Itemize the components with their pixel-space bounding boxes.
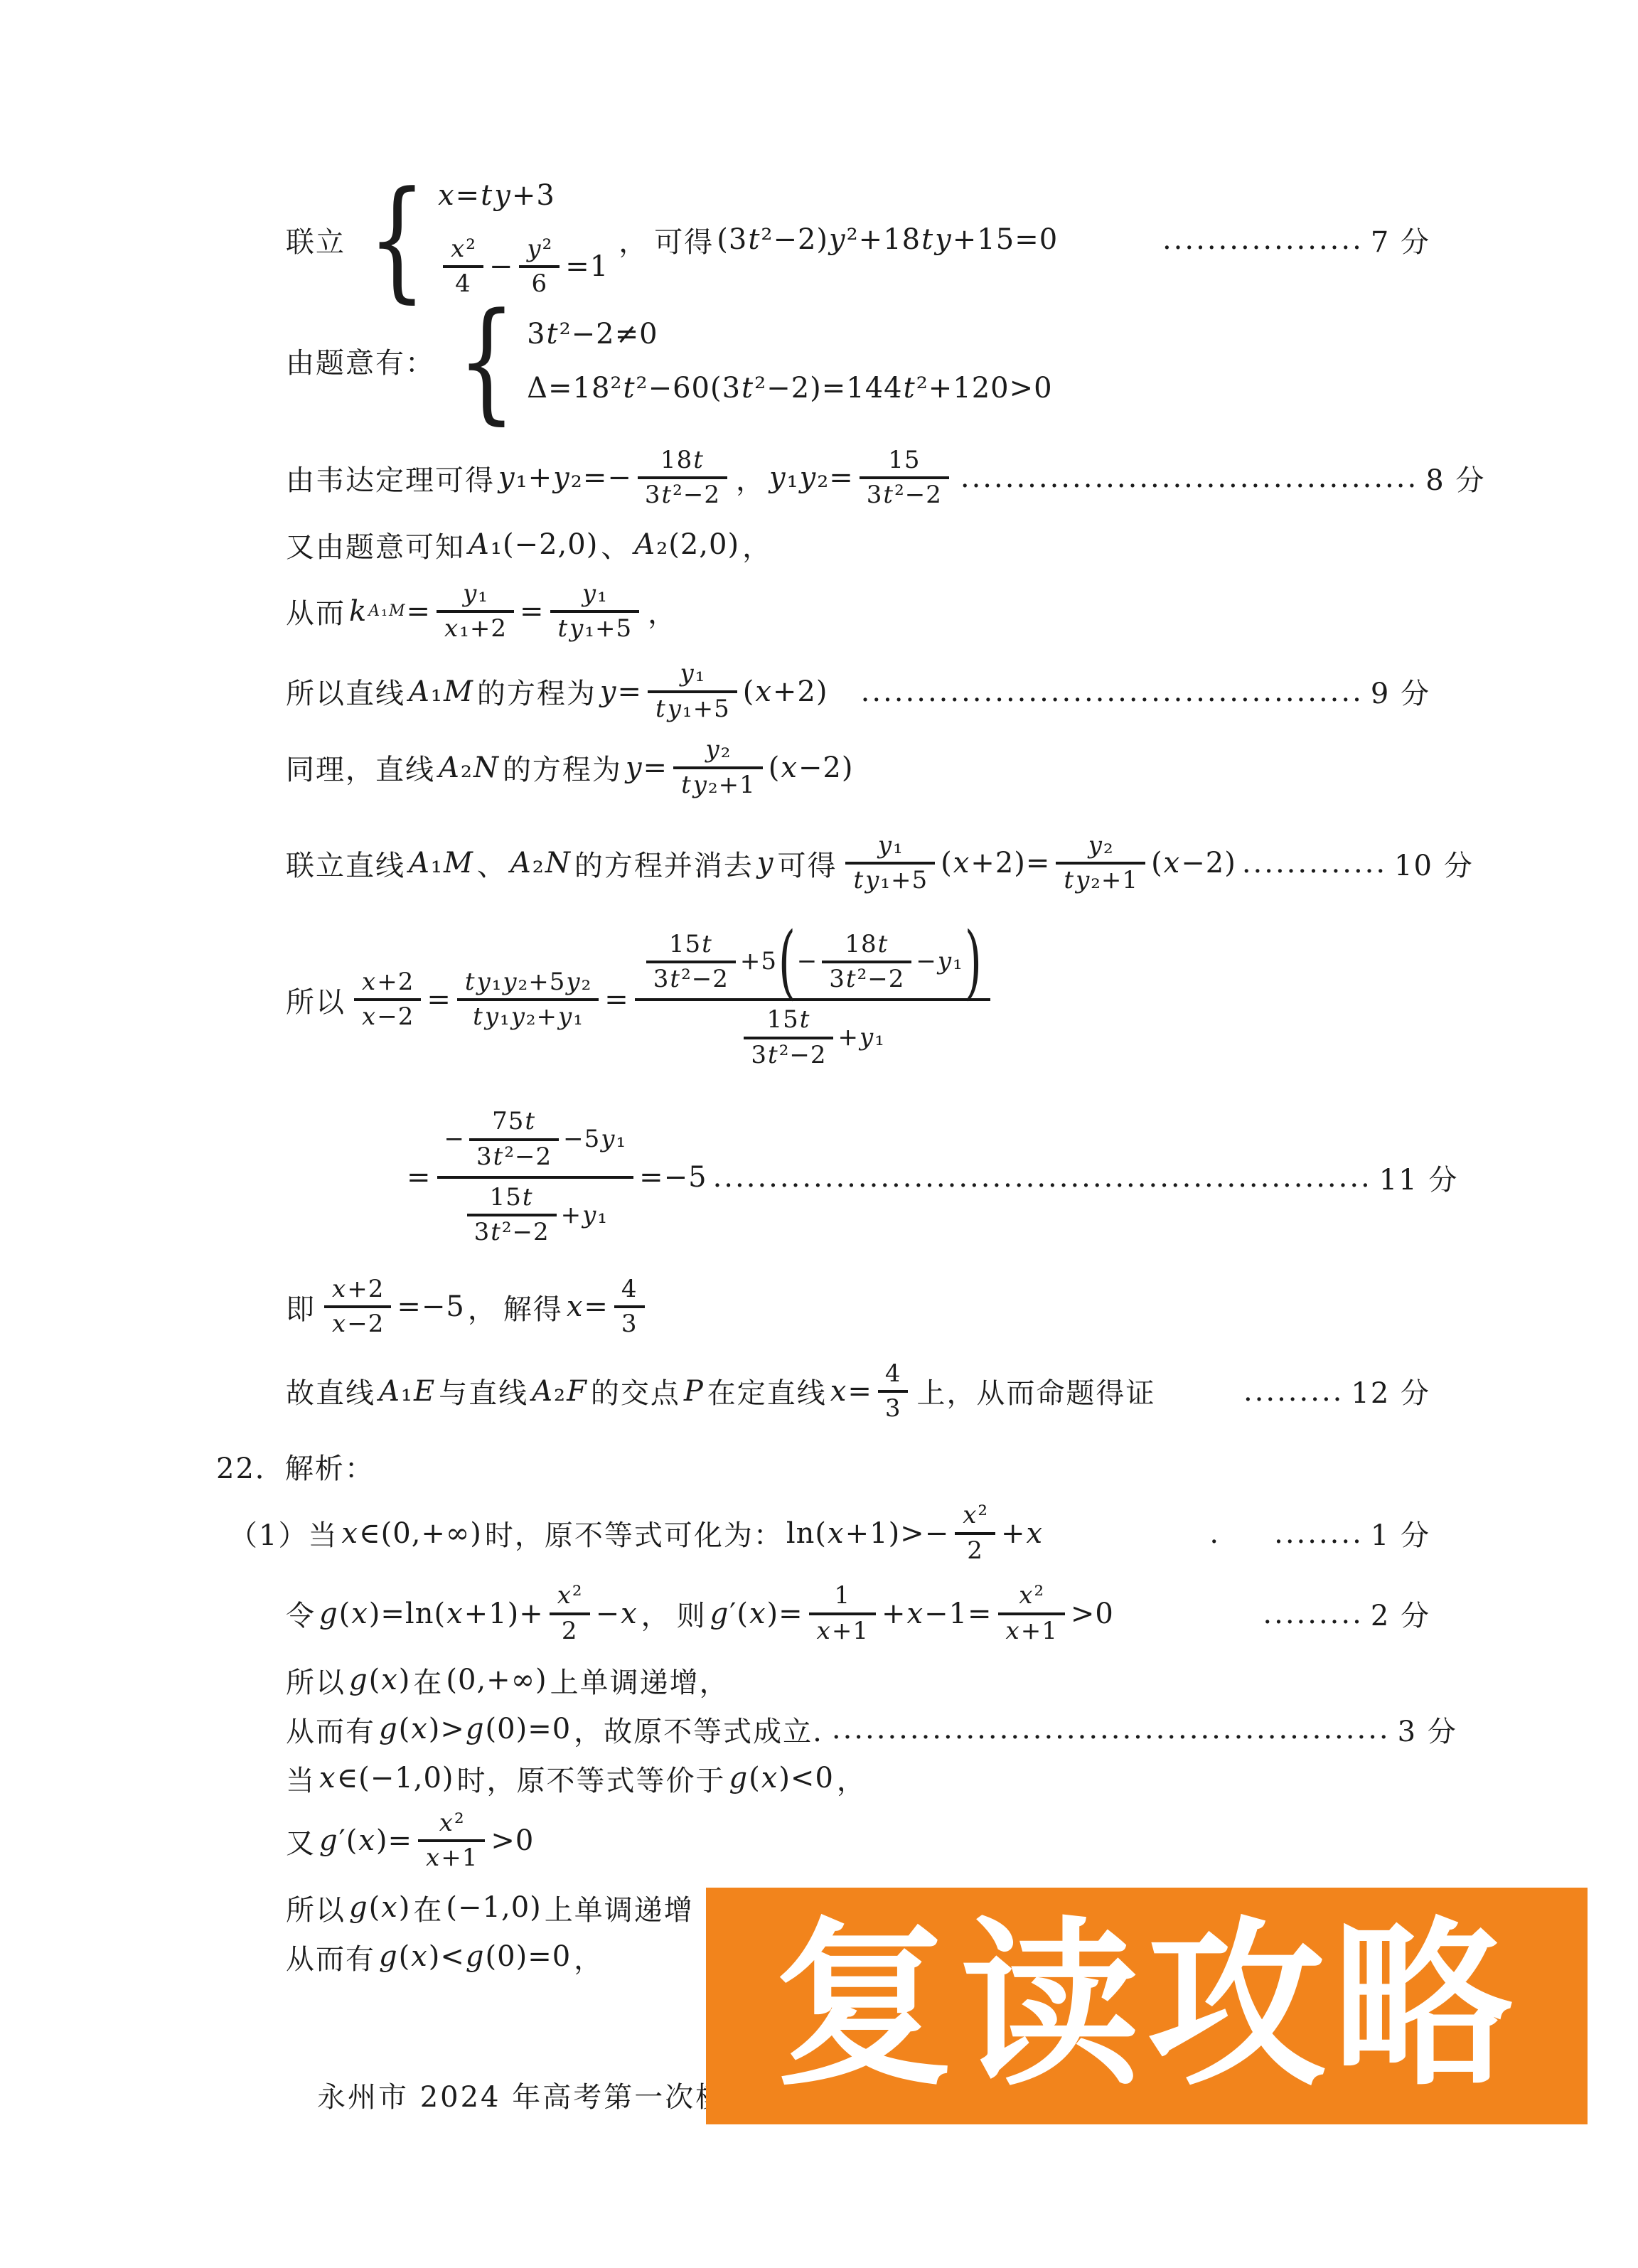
math-run: >0 (491, 1824, 534, 1857)
cn-text: 联立直线 (286, 843, 405, 884)
cn-text: 时，原不等式等价于 (457, 1758, 726, 1799)
cn-text: 所以 (286, 980, 346, 1020)
math-run: ty₁+5 (852, 867, 928, 894)
formula-content: 联立{x=ty+3x²4−y²6=1，可得(3t²−2)y²+18ty+15=0 (283, 179, 1058, 301)
fraction: 75t3t²−2 (469, 1106, 559, 1173)
math-run: x= (566, 1290, 609, 1323)
cn-text: 解得 (503, 1287, 563, 1327)
score-label: 7 分 (1371, 220, 1430, 260)
math-run: k (348, 595, 368, 628)
cn-text: ， (641, 1593, 671, 1634)
cn-text: 从而有 (286, 1937, 375, 1977)
fraction-numerator: y₁ (870, 830, 911, 862)
formula-line: 所以x+2x−2=ty₁y₂+5y₂ty₁y₂+y₁=15t3t²−2+5(−1… (283, 926, 1638, 1075)
formula-line: 所以g(x)在(0,+∞)上单调递增， (283, 1660, 1638, 1701)
fraction-denominator: 3t²−2 (638, 479, 727, 511)
formula-content: 所以g(x)在(−1,0)上单调递增 (283, 1888, 697, 1928)
cases-rows: 3t²−2≠0Δ=18²t²−60(3t²−2)=144t²+120>0 (527, 318, 1053, 405)
score-label: 12 分 (1351, 1371, 1430, 1411)
cn-text: 又 (286, 1821, 316, 1861)
fraction-numerator: x+2 (354, 966, 421, 998)
fraction: 43 (878, 1358, 909, 1425)
math-run: y (756, 847, 775, 879)
fraction: 1x+1 (809, 1580, 876, 1647)
math-run: +x−1= (882, 1598, 992, 1630)
fraction-numerator: 4 (878, 1358, 909, 1390)
math-run: x² (557, 1583, 583, 1609)
math-run: A₁M (408, 675, 474, 708)
math-run: 3t²−2 (751, 1042, 826, 1069)
math-run: +y₁ (837, 1025, 884, 1051)
fraction-denominator: 3t²−2 (469, 1141, 559, 1173)
math-run: (x+2) (743, 675, 828, 708)
fraction: y₂ty₂+1 (673, 734, 763, 801)
score-label: 1 分 (1371, 1513, 1430, 1553)
fraction-numerator: 18t (653, 444, 712, 476)
math-run: (x−2) (769, 751, 854, 784)
cn-text: ， (742, 525, 772, 565)
math-run: = (407, 1161, 432, 1194)
math-run: 3t²−2 (645, 482, 720, 508)
math-run: = (604, 983, 629, 1016)
math-run: −y₁ (916, 948, 963, 975)
dot-leader: ........................................… (861, 675, 1364, 708)
fraction-numerator: 75t (485, 1106, 543, 1138)
fraction-denominator: 6 (525, 268, 555, 300)
math-run: 3 (621, 1311, 638, 1337)
math-run: g(x) (348, 1664, 410, 1696)
cn-text: ， (468, 1287, 498, 1327)
formula-content: 22．解析： (213, 1446, 378, 1487)
fraction-numerator: y₁ (574, 578, 615, 610)
fraction-denominator: 15t3t²−2+y₁ (732, 1001, 892, 1074)
math-run: = (427, 983, 451, 1016)
math-run: x+1 (425, 1845, 478, 1871)
math-run: g(x)=ln(x+1)+ (318, 1598, 544, 1630)
math-run: 3t²−2 (653, 966, 729, 993)
math-run: ty₁+5 (655, 696, 730, 722)
math-run: 3t²−2 (829, 966, 904, 993)
dot-leader: ............. (1242, 847, 1387, 879)
cases-row: x=ty+3 (437, 179, 555, 212)
fraction-numerator: 15t3t²−2+5(−18t3t²−2−y₁) (635, 926, 990, 999)
fraction-denominator: x+1 (998, 1615, 1065, 1647)
fraction: −75t3t²−2−5y₁15t3t²−2+y₁ (437, 1103, 634, 1252)
fraction: x²2 (955, 1499, 995, 1567)
cn-text: 所以直线 (286, 671, 405, 712)
fraction-numerator: 15t (662, 929, 720, 961)
formula-content: 故直线A₁E与直线A₂F的交点P在定直线x=43上，从而命题得证 (283, 1358, 1158, 1425)
math-run: =−5 (397, 1290, 464, 1323)
fraction: y₁x₁+2 (437, 578, 514, 646)
math-run: x=ty+3 (437, 179, 555, 212)
dot-leader: ......... (1263, 1598, 1363, 1630)
math-run: g(x)>g(0)=0 (378, 1713, 571, 1745)
fraction-denominator: 2 (555, 1615, 585, 1647)
math-run: = (520, 595, 545, 628)
formula-content: 当x∈(−1,0)时，原不等式等价于g(x)<0， (283, 1758, 869, 1799)
math-run: +x (1001, 1517, 1044, 1550)
fraction-denominator: 3t²−2 (467, 1216, 557, 1248)
math-run: P (683, 1375, 705, 1408)
math-run: 4 (885, 1361, 901, 1387)
math-run: x−2 (361, 1004, 414, 1030)
fraction-denominator: ty₁y₂+y₁ (465, 1001, 591, 1033)
cases-group: {3t²−2≠0Δ=18²t²−60(3t²−2)=144t²+120>0 (445, 318, 1053, 405)
fraction-denominator: 15t3t²−2+y₁ (456, 1179, 615, 1252)
fraction-numerator: 4 (614, 1273, 645, 1305)
math-run: 15t (490, 1184, 534, 1211)
fraction-numerator: 15 (881, 444, 927, 476)
math-run: − (489, 250, 514, 283)
cn-text: 可得 (777, 843, 837, 884)
math-run: −x (596, 1598, 638, 1630)
fraction-numerator: x² (1011, 1580, 1051, 1612)
formula-content: 从而kA₁M=y₁x₁+2=y₁ty₁+5， (283, 578, 680, 646)
fraction: y₁ty₁+5 (550, 578, 640, 646)
pre-dot: . (1209, 1517, 1219, 1550)
fraction-denominator: ty₁+5 (648, 693, 737, 725)
math-run: − (797, 948, 818, 975)
cn-text: 时，原不等式可化为： (485, 1513, 783, 1553)
math-run: −5y₁ (563, 1126, 626, 1152)
watermark-text: 复读攻略 (774, 1917, 1519, 2096)
fraction-denominator: ty₁+5 (550, 613, 640, 645)
score-label: 11 分 (1379, 1157, 1459, 1198)
math-run: y₁+y₂=− (498, 461, 632, 494)
cn-text: 由韦达定理可得 (286, 458, 495, 498)
formula-content: 所以g(x)在(0,+∞)上单调递增， (283, 1660, 732, 1701)
math-run: 3 (885, 1396, 901, 1422)
fraction-denominator: x₁+2 (437, 613, 514, 645)
math-run: 1 (834, 1583, 850, 1609)
fraction-denominator: 3t²−2 (860, 479, 949, 511)
math-run: x₁+2 (444, 616, 507, 642)
dot-leader: ........................................… (960, 461, 1418, 494)
math-run: >0 (1071, 1598, 1114, 1630)
dot-leader: ......... (1243, 1375, 1344, 1408)
cn-text: 与直线 (439, 1371, 528, 1411)
fraction-denominator: x−2 (324, 1308, 391, 1340)
cn-text: ， (574, 1937, 604, 1977)
math-run: x+1 (816, 1618, 869, 1644)
formula-line: 联立直线A₁M、A₂N的方程并消去y可得y₁ty₁+5(x+2)=y₂ty₂+1… (283, 830, 1638, 897)
cn-text: 故直线 (286, 1371, 375, 1411)
fraction-denominator: 2 (960, 1535, 990, 1567)
math-run: A₁M (368, 602, 406, 620)
watermark-overlay: 复读攻略 (706, 1888, 1588, 2124)
dot-leader: ........................................… (832, 1713, 1391, 1745)
math-run: y₁y₂= (769, 461, 854, 494)
math-run: ln(x+1)>− (786, 1517, 949, 1550)
cn-text: 从而有 (286, 1709, 375, 1750)
math-run: x² (962, 1502, 988, 1529)
fraction: ty₁y₂+5y₂ty₁y₂+y₁ (457, 966, 599, 1034)
math-run: x∈(0,+∞) (341, 1517, 481, 1550)
formula-line: 所以直线A₁M的方程为y=y₁ty₁+5(x+2)...............… (283, 658, 1638, 725)
math-run: A₂F (531, 1375, 588, 1408)
math-run: (x−2) (1151, 847, 1236, 879)
cn-text: 可得 (654, 220, 714, 260)
cn-text: 当 (286, 1758, 316, 1799)
document-page: 联立{x=ty+3x²4−y²6=1，可得(3t²−2)y²+18ty+15=0… (0, 0, 1638, 2268)
score-label: 9 分 (1371, 671, 1430, 712)
fraction-denominator: ty₂+1 (673, 769, 763, 801)
math-run: x² (439, 1810, 465, 1836)
cn-text: 则 (677, 1593, 707, 1634)
cn-text: 令 (286, 1593, 316, 1634)
formula-line: 联立{x=ty+3x²4−y²6=1，可得(3t²−2)y²+18ty+15=0… (283, 179, 1638, 301)
formula-content: =−75t3t²−2−5y₁15t3t²−2+y₁=−5 (407, 1103, 707, 1252)
math-run: − (444, 1126, 466, 1152)
cn-text: 22．解析： (216, 1446, 375, 1487)
cn-text: 在 (413, 1660, 443, 1701)
fraction-denominator: 3t²−2 (646, 963, 736, 995)
math-run: +y₁ (561, 1202, 608, 1229)
formula-content: 又g′(x)=x²x+1>0 (283, 1807, 534, 1875)
math-run: =1 (565, 250, 609, 283)
score-label: 8 分 (1425, 458, 1485, 498)
fraction-numerator: x+2 (324, 1273, 391, 1305)
math-run: g(x)<0 (729, 1762, 834, 1794)
formula-line: 从而kA₁M=y₁x₁+2=y₁ty₁+5， (283, 578, 1638, 646)
fraction-numerator: x² (443, 233, 483, 265)
cases-group: {x=ty+3x²4−y²6=1 (355, 179, 609, 301)
math-run: y₁ (582, 581, 608, 607)
cn-text: 所以 (286, 1888, 346, 1928)
formula-content: 即x+2x−2=−5，解得x=43 (283, 1273, 651, 1341)
math-run: A₂(2,0) (633, 528, 739, 561)
cn-text: 的方程并消去 (574, 843, 754, 884)
math-run: 2 (562, 1618, 578, 1644)
math-run: 18t (845, 931, 889, 958)
math-run: g(x) (348, 1891, 410, 1924)
formula-content: 由韦达定理可得y₁+y₂=−18t3t²−2，y₁y₂=153t²−2 (283, 444, 955, 512)
math-run: 3t²−2≠0 (527, 318, 658, 351)
math-run: A₁M (408, 847, 474, 879)
math-run: ty₁+5 (557, 616, 633, 642)
cn-text: （1）当 (229, 1513, 338, 1553)
math-run: x+2 (331, 1276, 384, 1303)
fraction-numerator: −75t3t²−2−5y₁ (437, 1103, 634, 1176)
formula-content: 从而有g(x)>g(0)=0，故原不等式成立. (283, 1709, 826, 1750)
math-run: 15t (766, 1007, 810, 1033)
fraction: x²x+1 (418, 1807, 485, 1875)
cases-rows: x=ty+3x²4−y²6=1 (437, 179, 609, 301)
math-run: 15 (888, 447, 920, 474)
formula-content: 同理，直线A₂N的方程为y=y₂ty₂+1(x−2) (283, 734, 853, 801)
formula-content: 联立直线A₁M、A₂N的方程并消去y可得y₁ty₁+5(x+2)=y₂ty₂+1… (283, 830, 1236, 897)
fraction-numerator: y² (519, 233, 560, 265)
math-run: ty₂+1 (680, 772, 756, 798)
fraction-numerator: x² (432, 1807, 472, 1839)
formula-line: 故直线A₁E与直线A₂F的交点P在定直线x=43上，从而命题得证........… (283, 1358, 1638, 1425)
formula-line: 即x+2x−2=−5，解得x=43 (283, 1273, 1638, 1341)
math-run: 15t (669, 931, 713, 958)
math-run: 2 (967, 1538, 983, 1564)
fraction-numerator: x² (550, 1580, 590, 1612)
cn-text: ， (736, 458, 766, 498)
math-run: Δ=18²t²−60(3t²−2)=144t²+120>0 (527, 372, 1053, 405)
math-run: (x+2)= (941, 847, 1050, 879)
math-run: y₂ (1088, 833, 1114, 859)
fraction: y₂ty₂+1 (1056, 830, 1145, 897)
math-run: g(x)<g(0)=0 (378, 1940, 571, 1973)
formula-content: （1）当x∈(0,+∞)时，原不等式可化为：ln(x+1)>−x²2+x (226, 1499, 1044, 1567)
math-run: 4 (621, 1276, 638, 1303)
fraction-numerator: y₂ (1081, 830, 1121, 862)
fraction-denominator: ty₁+5 (845, 865, 935, 897)
cn-text: 同理，直线 (286, 747, 435, 788)
cn-text: ，故原不等式成立. (574, 1709, 823, 1750)
math-run: x² (1018, 1583, 1044, 1609)
formula-line: 又由题意可知A₁(−2,0)、A₂(2,0)， (283, 525, 1638, 565)
fraction-denominator: x+1 (809, 1615, 876, 1647)
fraction-numerator: x² (955, 1499, 995, 1531)
math-run: 6 (532, 271, 548, 297)
cn-text: 、 (477, 843, 507, 884)
cn-text: 上，从而命题得证 (916, 1371, 1155, 1411)
math-run: (0,+∞) (446, 1664, 547, 1696)
cn-text: 又由题意可知 (286, 525, 465, 565)
cn-text: ， (837, 1758, 867, 1799)
math-run: =−5 (639, 1161, 707, 1194)
dot-leader: .................. (1162, 223, 1364, 256)
math-run: A₁E (378, 1375, 436, 1408)
formula-line: 由题意有：{3t²−2≠0Δ=18²t²−60(3t²−2)=144t²+120… (283, 318, 1638, 405)
formula-line: 由韦达定理可得y₁+y₂=−18t3t²−2，y₁y₂=153t²−2.....… (283, 444, 1638, 512)
fraction-numerator: y₂ (697, 734, 738, 766)
solution-lines: 联立{x=ty+3x²4−y²6=1，可得(3t²−2)y²+18ty+15=0… (0, 179, 1638, 1977)
math-run: 18t (660, 447, 705, 474)
fraction-numerator: 18t (837, 929, 896, 961)
fraction: 18t3t²−2 (638, 444, 727, 512)
math-run: ty₂+1 (1063, 867, 1138, 894)
fraction-denominator: x−2 (354, 1001, 421, 1033)
math-run: ty₁y₂+y₁ (472, 1004, 584, 1030)
fraction-denominator: 3t²−2 (744, 1039, 833, 1071)
score-label: 3 分 (1398, 1709, 1457, 1750)
math-run: y² (526, 236, 552, 262)
cn-text: 的方程为 (503, 747, 622, 788)
math-run: x−2 (331, 1311, 384, 1337)
fraction-numerator: 1 (827, 1580, 857, 1612)
math-run: A₂N (438, 751, 500, 784)
fraction: 15t3t²−2 (467, 1182, 557, 1249)
formula-line: 从而有g(x)>g(0)=0，故原不等式成立..................… (283, 1709, 1638, 1750)
cn-text: 上单调递增， (550, 1660, 729, 1701)
cases-row: 3t²−2≠0 (527, 318, 658, 351)
formula-content: 所以直线A₁M的方程为y=y₁ty₁+5(x+2) (283, 658, 828, 725)
fraction: x²x+1 (998, 1580, 1065, 1647)
dot-leader: ........................................… (713, 1161, 1372, 1194)
cn-text: 上单调递增 (545, 1888, 694, 1928)
fraction-numerator: y₁ (672, 658, 712, 690)
math-run: A₁(−2,0) (468, 528, 598, 561)
cn-text: 的交点 (591, 1371, 680, 1411)
fraction: x+2x−2 (324, 1273, 391, 1341)
cn-text: 在 (413, 1888, 443, 1928)
formula-line: 又g′(x)=x²x+1>0 (283, 1807, 1638, 1875)
fraction-numerator: y₁ (455, 578, 496, 610)
cn-text: ， (648, 591, 678, 631)
cn-text: ， (619, 220, 648, 260)
fraction: y₁ty₁+5 (648, 658, 737, 725)
math-run: (3t²−2)y²+18ty+15=0 (717, 223, 1058, 256)
formula-line: 同理，直线A₂N的方程为y=y₂ty₂+1(x−2) (283, 734, 1638, 801)
math-run: y= (625, 751, 668, 784)
math-run: y₂ (705, 737, 731, 763)
cn-text: 即 (286, 1287, 316, 1327)
formula-line: =−75t3t²−2−5y₁15t3t²−2+y₁=−5............… (407, 1103, 1638, 1252)
fraction: 15t3t²−2 (646, 929, 736, 996)
fraction: y²6 (519, 233, 560, 301)
formula-content: 又由题意可知A₁(−2,0)、A₂(2,0)， (283, 525, 775, 565)
fraction-numerator: 15t (759, 1004, 818, 1036)
math-run: g′(x)= (318, 1824, 412, 1857)
math-run: 3t²−2 (476, 1144, 552, 1170)
cn-text: 在定直线 (707, 1371, 827, 1411)
cn-text: 联立 (286, 220, 346, 260)
fraction-denominator: 3 (878, 1393, 909, 1425)
math-run: x+1 (1005, 1618, 1058, 1644)
formula-line: 22．解析： (213, 1446, 1638, 1487)
math-run: x² (450, 236, 476, 262)
math-run: 75t (492, 1108, 536, 1135)
fraction: x²2 (550, 1580, 590, 1647)
math-run: 3t²−2 (474, 1219, 550, 1246)
math-run: y₁ (877, 833, 904, 859)
math-run: y= (599, 675, 642, 708)
math-run: +5 (740, 948, 777, 975)
formula-line: （1）当x∈(0,+∞)时，原不等式可化为：ln(x+1)>−x²2+x....… (226, 1499, 1638, 1567)
formula-line: 当x∈(−1,0)时，原不等式等价于g(x)<0， (283, 1758, 1638, 1799)
fraction-denominator: ty₂+1 (1056, 865, 1145, 897)
score-label: 2 分 (1371, 1593, 1430, 1634)
fraction: 43 (614, 1273, 645, 1341)
math-run: x+2 (361, 969, 414, 995)
math-run: x∈(−1,0) (318, 1762, 454, 1794)
cn-text: 从而 (286, 591, 346, 631)
math-run: A₂N (510, 847, 572, 879)
math-run: ty₁y₂+5y₂ (464, 969, 591, 995)
cn-text: 的方程为 (477, 671, 596, 712)
formula-content: 所以x+2x−2=ty₁y₂+5y₂ty₁y₂+y₁=15t3t²−2+5(−1… (283, 926, 996, 1075)
fraction-numerator: ty₁y₂+5y₂ (457, 966, 599, 998)
formula-content: 令g(x)=ln(x+1)+x²2−x，则g′(x)=1x+1+x−1=x²x+… (283, 1580, 1114, 1647)
fraction: y₁ty₁+5 (845, 830, 935, 897)
page-footer: 永州市 2024 年高考第一次模拟 (317, 2075, 756, 2115)
cases-row: Δ=18²t²−60(3t²−2)=144t²+120>0 (527, 372, 1053, 405)
cn-text: 、 (601, 525, 631, 565)
math-run: (−1,0) (446, 1891, 541, 1924)
dot-leader: ........ (1274, 1517, 1364, 1550)
cn-text: 由题意有： (286, 341, 435, 381)
math-run: y₁ (462, 581, 488, 607)
fraction: 153t²−2 (860, 444, 949, 512)
cn-text: 所以 (286, 1660, 346, 1701)
formula-line: 令g(x)=ln(x+1)+x²2−x，则g′(x)=1x+1+x−1=x²x+… (283, 1580, 1638, 1647)
fraction-numerator: 15t (483, 1182, 541, 1214)
math-run: x= (830, 1375, 872, 1408)
formula-content: 从而有g(x)<g(0)=0， (283, 1937, 606, 1977)
math-run: = (407, 595, 432, 628)
fraction: x+2x−2 (354, 966, 421, 1034)
fraction-denominator: 3 (614, 1308, 645, 1340)
formula-content: 由题意有：{3t²−2≠0Δ=18²t²−60(3t²−2)=144t²+120… (283, 318, 1060, 405)
math-run: g′(x)= (710, 1598, 803, 1630)
fraction: 15t3t²−2 (744, 1004, 833, 1071)
